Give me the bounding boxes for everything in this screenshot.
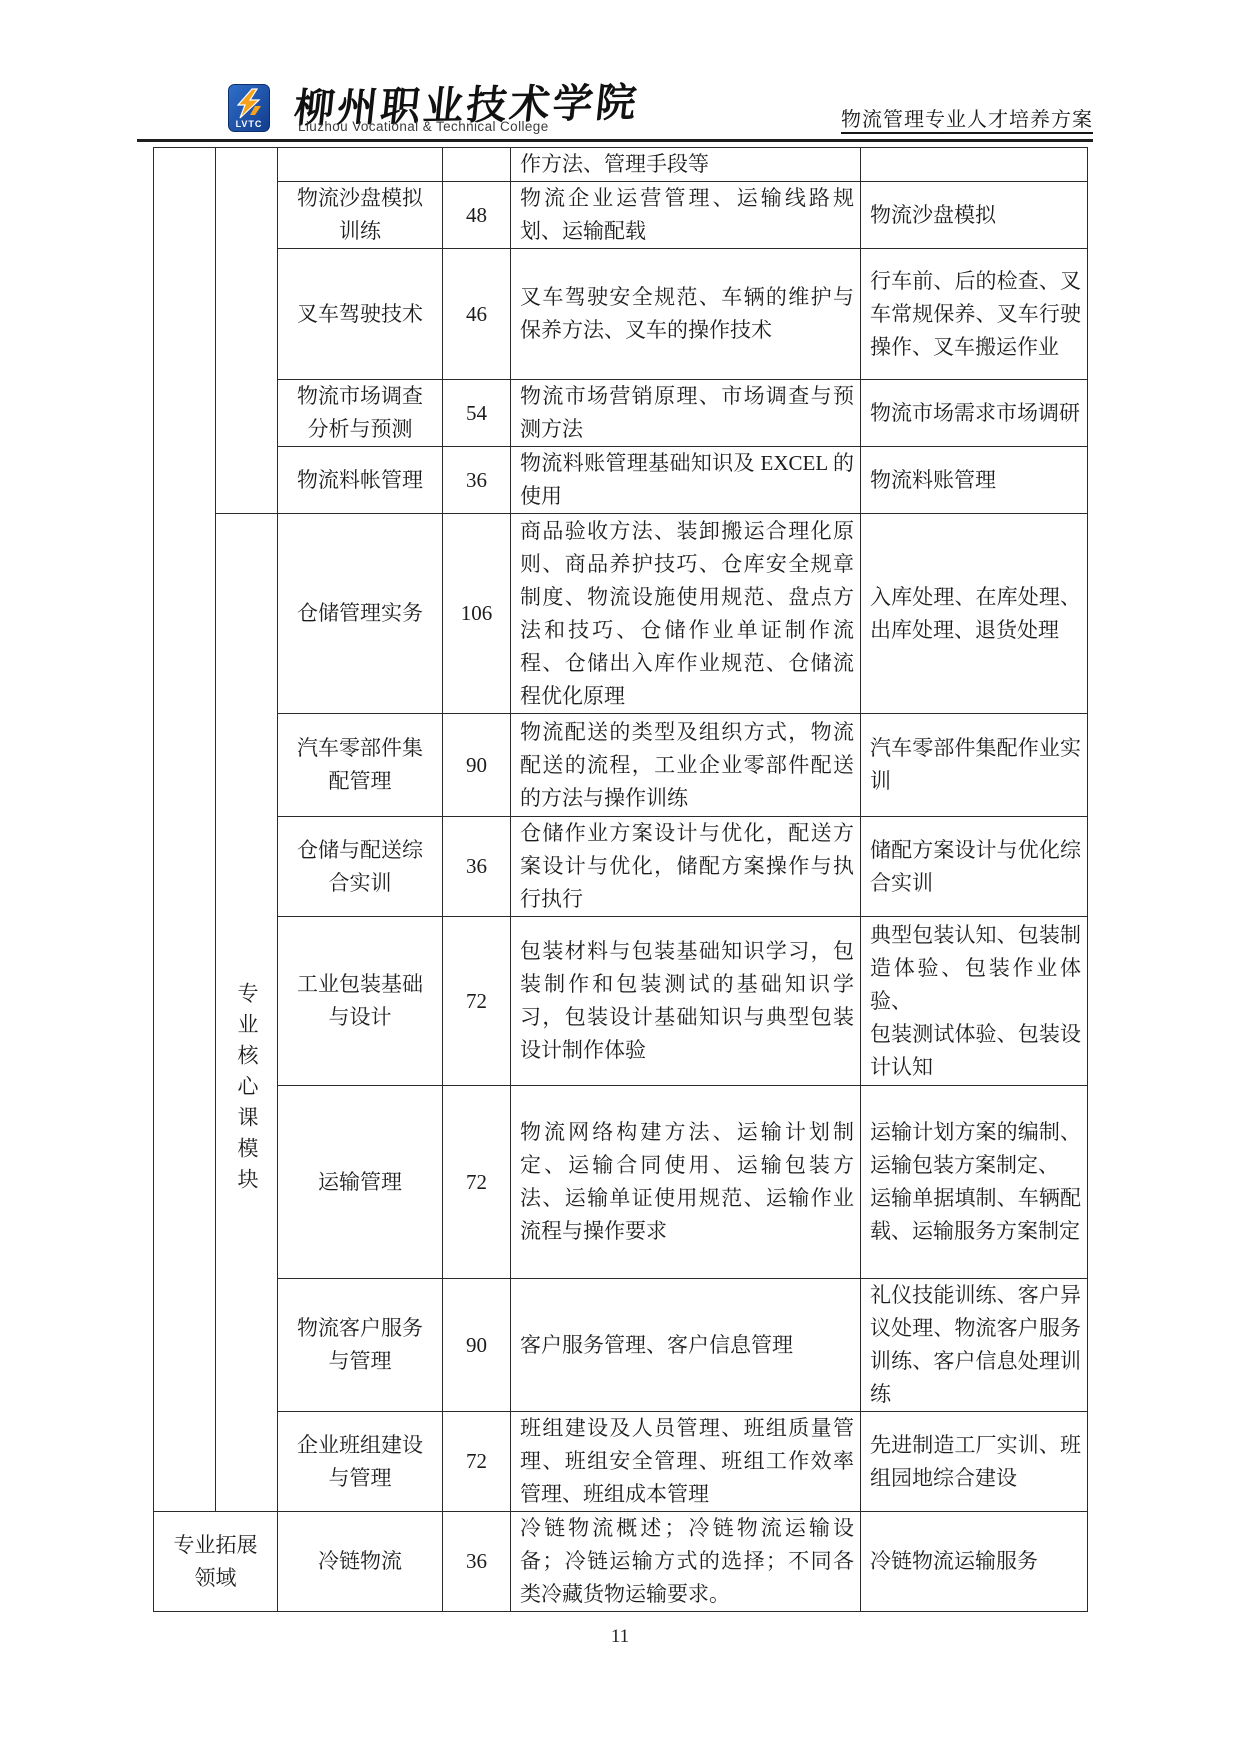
document-page: LVTC 柳州职业技术学院 Liuzhou Vocational & Techn… (0, 0, 1240, 1754)
course-hours-cell (443, 148, 511, 182)
header-rule (137, 139, 1093, 142)
table-row: 叉车驾驶技术 46 叉车驾驶安全规范、车辆的维护与保养方法、叉车的操作技术 行车… (154, 249, 1088, 380)
course-content-cell: 仓储作业方案设计与优化，配送方案设计与优化，储配方案操作与执行执行 (511, 817, 861, 917)
course-training-cell: 储配方案设计与优化综合实训 (861, 817, 1088, 917)
course-hours-cell: 72 (443, 1412, 511, 1512)
course-name-cell: 物流沙盘模拟 训练 (278, 182, 443, 249)
course-name-cell: 企业班组建设 与管理 (278, 1412, 443, 1512)
course-name-cell: 运输管理 (278, 1086, 443, 1279)
course-hours-cell: 72 (443, 1086, 511, 1279)
table-row: 企业班组建设 与管理 72 班组建设及人员管理、班组质量管理、班组安全管理、班组… (154, 1412, 1088, 1512)
table-row: 物流料帐管理 36 物流料账管理基础知识及 EXCEL 的使用 物流料账管理 (154, 447, 1088, 514)
course-hours-cell: 90 (443, 1279, 511, 1412)
course-hours-cell: 106 (443, 514, 511, 714)
category-core-label: 专业核心课模块 (235, 982, 258, 1199)
page-number: 11 (0, 1626, 1240, 1648)
course-hours-cell: 72 (443, 917, 511, 1086)
course-name-cell: 叉车驾驶技术 (278, 249, 443, 380)
course-content-cell: 包装材料与包装基础知识学习，包装制作和包装测试的基础知识学习，包装设计基础知识与… (511, 917, 861, 1086)
course-training-cell: 先进制造工厂实训、班组园地综合建设 (861, 1412, 1088, 1512)
course-name-cell (278, 148, 443, 182)
table-row: 专业核心课模块 仓储管理实务 106 商品验收方法、装卸搬运合理化原则、商品养护… (154, 514, 1088, 714)
course-training-cell: 物流料账管理 (861, 447, 1088, 514)
course-name-cell: 物流市场调查 分析与预测 (278, 380, 443, 447)
school-logo-icon: LVTC (228, 84, 270, 132)
course-training-cell: 冷链物流运输服务 (861, 1512, 1088, 1612)
course-training-cell: 物流市场需求市场调研 (861, 380, 1088, 447)
course-content-cell: 叉车驾驶安全规范、车辆的维护与保养方法、叉车的操作技术 (511, 249, 861, 380)
course-name-cell: 仓储与配送综 合实训 (278, 817, 443, 917)
course-hours-cell: 36 (443, 447, 511, 514)
course-hours-cell: 36 (443, 1512, 511, 1612)
course-training-cell: 运输计划方案的编制、运输包装方案制定、 运输单据填制、车辆配载、运输服务方案制定 (861, 1086, 1088, 1279)
course-name-cell: 工业包装基础 与设计 (278, 917, 443, 1086)
course-training-cell: 物流沙盘模拟 (861, 182, 1088, 249)
course-content-cell: 商品验收方法、装卸搬运合理化原则、商品养护技巧、仓库安全规章制度、物流设施使用规… (511, 514, 861, 714)
course-content-cell: 物流企业运营管理、运输线路规划、运输配载 (511, 182, 861, 249)
course-name-cell: 物流料帐管理 (278, 447, 443, 514)
course-training-cell: 行车前、后的检查、叉车常规保养、叉车行驶操作、叉车搬运作业 (861, 249, 1088, 380)
course-content-cell: 物流配送的类型及组织方式，物流配送的流程，工业企业零部件配送的方法与操作训练 (511, 714, 861, 817)
course-name-cell: 物流客户服务 与管理 (278, 1279, 443, 1412)
table-row-continuation: 作方法、管理手段等 (154, 148, 1088, 182)
category-core-cell: 专业核心课模块 (216, 514, 278, 1512)
course-training-cell: 典型包装认知、包装制造体验、包装作业体验、 包装测试体验、包装设计认知 (861, 917, 1088, 1086)
table-row: 专业拓展 领域 冷链物流 36 冷链物流概述；冷链物流运输设备；冷链运输方式的选… (154, 1512, 1088, 1612)
course-content-cell: 作方法、管理手段等 (511, 148, 861, 182)
course-hours-cell: 48 (443, 182, 511, 249)
course-content-cell: 物流料账管理基础知识及 EXCEL 的使用 (511, 447, 861, 514)
course-training-cell: 礼仪技能训练、客户异议处理、物流客户服务训练、客户信息处理训练 (861, 1279, 1088, 1412)
curriculum-table: 作方法、管理手段等 物流沙盘模拟 训练 48 物流企业运营管理、运输线路规划、运… (153, 147, 1088, 1612)
category-extension-cell: 专业拓展 领域 (154, 1512, 278, 1612)
course-hours-cell: 90 (443, 714, 511, 817)
document-title: 物流管理专业人才培养方案 (841, 103, 1093, 132)
table-row: 物流沙盘模拟 训练 48 物流企业运营管理、运输线路规划、运输配载 物流沙盘模拟 (154, 182, 1088, 249)
table-row: 仓储与配送综 合实训 36 仓储作业方案设计与优化，配送方案设计与优化，储配方案… (154, 817, 1088, 917)
svg-text:LVTC: LVTC (236, 119, 263, 129)
school-name-en: Liuzhou Vocational & Technical College (298, 119, 549, 134)
table-row: 运输管理 72 物流网络构建方法、运输计划制定、运输合同使用、运输包装方法、运输… (154, 1086, 1088, 1279)
outer-category-empty-cell (154, 148, 216, 1512)
course-content-cell: 客户服务管理、客户信息管理 (511, 1279, 861, 1412)
table-row: 物流客户服务 与管理 90 客户服务管理、客户信息管理 礼仪技能训练、客户异议处… (154, 1279, 1088, 1412)
course-content-cell: 冷链物流概述；冷链物流运输设备；冷链运输方式的选择；不同各类冷藏货物运输要求。 (511, 1512, 861, 1612)
table-row: 汽车零部件集 配管理 90 物流配送的类型及组织方式，物流配送的流程，工业企业零… (154, 714, 1088, 817)
course-hours-cell: 36 (443, 817, 511, 917)
course-training-cell: 入库处理、在库处理、出库处理、退货处理 (861, 514, 1088, 714)
course-content-cell: 物流网络构建方法、运输计划制定、运输合同使用、运输包装方法、运输单证使用规范、运… (511, 1086, 861, 1279)
table-row: 工业包装基础 与设计 72 包装材料与包装基础知识学习，包装制作和包装测试的基础… (154, 917, 1088, 1086)
course-content-cell: 物流市场营销原理、市场调查与预测方法 (511, 380, 861, 447)
course-training-cell: 汽车零部件集配作业实训 (861, 714, 1088, 817)
category-continuation-empty-cell (216, 148, 278, 514)
course-name-cell: 仓储管理实务 (278, 514, 443, 714)
course-name-cell: 汽车零部件集 配管理 (278, 714, 443, 817)
course-content-cell: 班组建设及人员管理、班组质量管理、班组安全管理、班组工作效率管理、班组成本管理 (511, 1412, 861, 1512)
table-row: 物流市场调查 分析与预测 54 物流市场营销原理、市场调查与预测方法 物流市场需… (154, 380, 1088, 447)
course-hours-cell: 46 (443, 249, 511, 380)
course-hours-cell: 54 (443, 380, 511, 447)
course-training-cell (861, 148, 1088, 182)
course-name-cell: 冷链物流 (278, 1512, 443, 1612)
